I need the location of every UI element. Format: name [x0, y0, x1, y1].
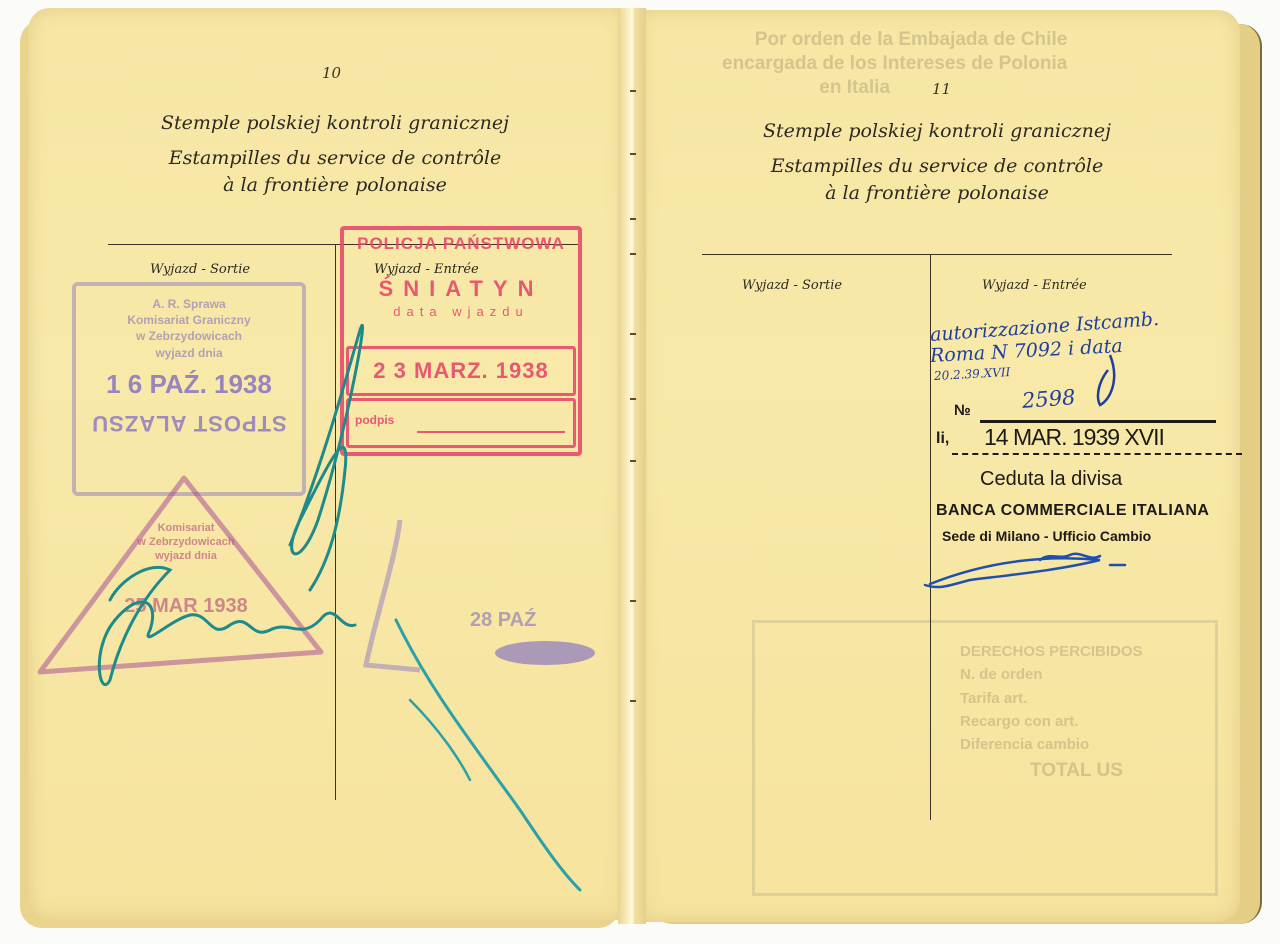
bleed-through-text: Por orden de la Embajada de Chile encarg…	[722, 28, 1067, 99]
heading-french-1: Estampilles du service de contrôle	[110, 149, 560, 168]
stamp-line: A. R. Sprawa	[76, 296, 302, 312]
signature-line	[417, 431, 565, 433]
stitch-mark	[630, 153, 636, 155]
number-label: №	[954, 402, 971, 419]
heading-french-2: à la frontière polonaise	[712, 184, 1162, 203]
stamp-signature-box: podpis	[346, 398, 576, 448]
stamp-line: w Zebrzydowicach	[96, 536, 276, 550]
stamp-date-box: 2 3 MARZ. 1938	[346, 346, 576, 396]
stamp-text: Komisariat w Zebrzydowicach wyjazd dnia	[96, 522, 276, 563]
bleed-line: Recargo con art.	[960, 710, 1143, 733]
stitch-mark	[630, 218, 636, 220]
exit-stamp-triangular: Komisariat w Zebrzydowicach wyjazd dnia …	[36, 470, 326, 680]
bleed-line: TOTAL US	[960, 756, 1143, 785]
stamp-line-2: BANCA COMMERCIALE ITALIANA	[936, 502, 1209, 520]
stamp-date: 1 6 PAŹ. 1938	[76, 369, 302, 400]
stitch-mark	[630, 398, 636, 400]
stamp-line: w Zebrzydowicach	[76, 328, 302, 344]
stamp-line-3: Sede di Milano - Ufficio Cambio	[942, 528, 1151, 544]
bleed-line: en Italia	[722, 76, 1067, 100]
bank-exchange-stamp: № li, 14 MAR. 1939 XVII Ceduta la divisa…	[932, 400, 1242, 560]
stamp-line: wyjazd dnia	[76, 345, 302, 361]
heading-french-1: Estampilles du service de contrôle	[712, 157, 1162, 176]
stitch-mark	[630, 700, 636, 702]
column-label-exit: Wyjazd - Sortie	[742, 278, 842, 293]
date-line	[952, 453, 1242, 455]
exit-stamp-rectangular: A. R. Sprawa Komisariat Graniczny w Zebr…	[72, 282, 306, 496]
faint-entry-stamp-date: 28 PAŹ	[470, 608, 536, 633]
bleed-line: Diferencia cambio	[960, 733, 1143, 756]
stitch-mark	[630, 333, 636, 335]
heading-french-2: à la frontière polonaise	[110, 176, 560, 195]
stamp-line: wyjazd dnia	[96, 550, 276, 564]
column-label-exit: Wyjazd - Sortie	[150, 262, 250, 277]
stamp-line-1: Ceduta la divisa	[980, 468, 1122, 491]
bleed-line: N. de orden	[960, 663, 1143, 686]
column-label-entry: Wyjazd - Entrée	[982, 278, 1087, 293]
page-number-left: 10	[322, 64, 341, 82]
signature-label: podpis	[355, 413, 394, 427]
place-suffix: li,	[936, 430, 949, 448]
stamp-date: 2 3 MARZ. 1938	[349, 349, 573, 393]
bleed-through-box-text: DERECHOS PERCIBIDOS N. de orden Tarifa a…	[960, 640, 1143, 786]
passport-spread: Por orden de la Embajada de Chile encarg…	[0, 0, 1280, 944]
stitch-mark	[630, 253, 636, 255]
heading-polish: Stemple polskiej kontroli granicznej	[110, 114, 560, 133]
police-entry-stamp: POLICJA PAŃSTWOWA ŚNIATYN data wjazdu 2 …	[340, 226, 582, 456]
stamp-label: data wjazdu	[344, 304, 578, 319]
bleed-line: Tarifa art.	[960, 687, 1143, 710]
bleed-line: encargada de los Intereses de Polonia	[722, 52, 1067, 76]
heading-left: Stemple polskiej kontroli granicznej Est…	[110, 114, 560, 195]
triangle-outline	[36, 470, 326, 680]
stamp-footer: STPOST ALAZSU	[76, 410, 302, 436]
stamp-text: A. R. Sprawa Komisariat Graniczny w Zebr…	[76, 296, 302, 361]
book-spine	[618, 8, 646, 924]
stamp-line: Komisariat Graniczny	[76, 312, 302, 328]
stamp-date: 14 MAR. 1939 XVII	[984, 424, 1164, 451]
heading-right: Stemple polskiej kontroli granicznej Est…	[712, 122, 1162, 203]
stitch-mark	[630, 600, 636, 602]
heading-polish: Stemple polskiej kontroli granicznej	[712, 122, 1162, 141]
stamp-line: Komisariat	[96, 522, 276, 536]
stamp-title: POLICJA PAŃSTWOWA	[344, 234, 578, 254]
stamp-date: 25 MAR 1938	[96, 594, 276, 619]
stitch-mark	[630, 460, 636, 462]
stitch-mark	[630, 90, 636, 92]
page-number-right: 11	[932, 80, 951, 98]
column-label-entry: Wyjazd - Entrée	[374, 262, 479, 277]
bleed-line: Por orden de la Embajada de Chile	[722, 28, 1067, 52]
number-line	[980, 420, 1216, 423]
bleed-line: DERECHOS PERCIBIDOS	[960, 640, 1143, 663]
column-divider	[335, 244, 336, 800]
table-header-rule	[702, 254, 1172, 255]
stamp-place: ŚNIATYN	[344, 276, 578, 302]
